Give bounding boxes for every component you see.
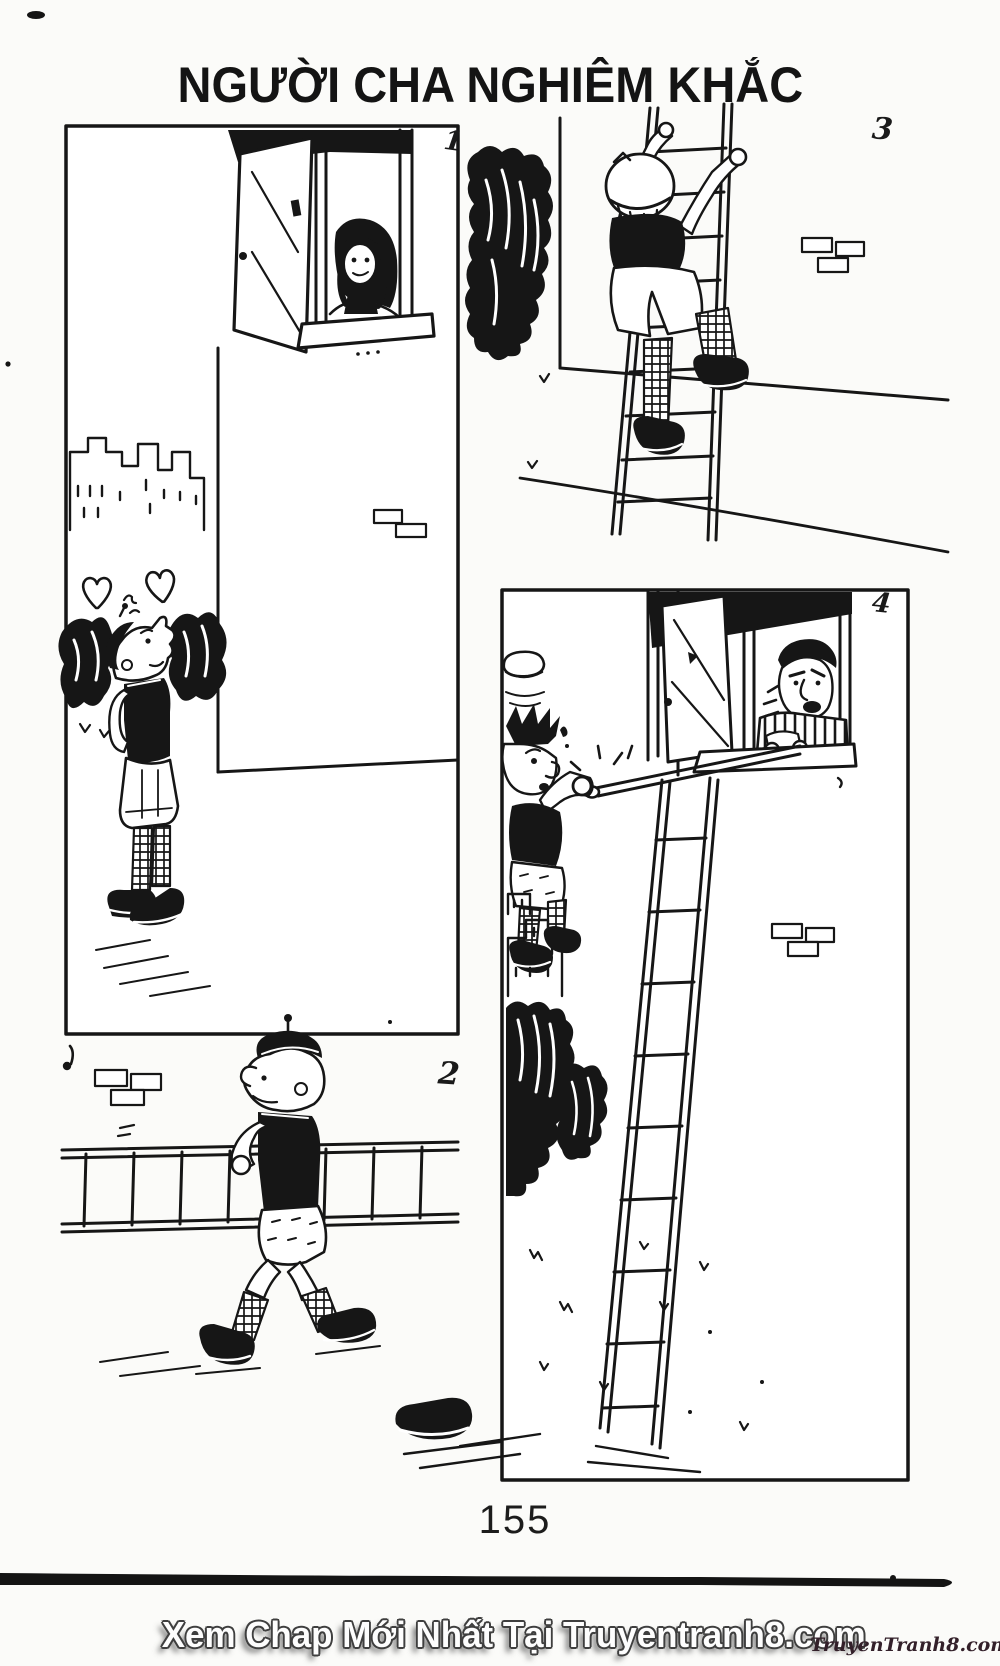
panel-number-3: 3 — [871, 111, 894, 147]
wall-lines — [520, 118, 948, 552]
panel-number-4: 4 — [870, 587, 892, 620]
rule-dot — [890, 1575, 896, 1581]
bricks — [95, 1070, 161, 1136]
panel-1-art — [58, 126, 458, 1034]
manga-page: NGƯỜI CHA NGHIÊM KHẮC 1 2 3 4 155 Xem Ch… — [0, 0, 1000, 1666]
page-title: NGƯỜI CHA NGHIÊM KHẮC — [178, 56, 789, 114]
comic-artwork — [0, 0, 1000, 1666]
page-number: 155 — [460, 1498, 570, 1543]
panel-4-art — [502, 590, 908, 1480]
panel-number-2: 2 — [437, 1055, 461, 1092]
panel-2-art — [62, 1014, 458, 1376]
note-squiggle — [63, 1046, 73, 1070]
boy-carrying-ladder — [100, 1014, 380, 1376]
site-banner-text: Xem Chap Mới Nhất Tại Truyentranh8.com — [162, 1614, 793, 1656]
panel-3-art — [465, 104, 948, 552]
bushes — [465, 146, 553, 468]
bottom-rule — [0, 1573, 952, 1587]
site-watermark: TruyenTranh8.com — [810, 1634, 1000, 1656]
boy-climbing — [606, 123, 749, 455]
